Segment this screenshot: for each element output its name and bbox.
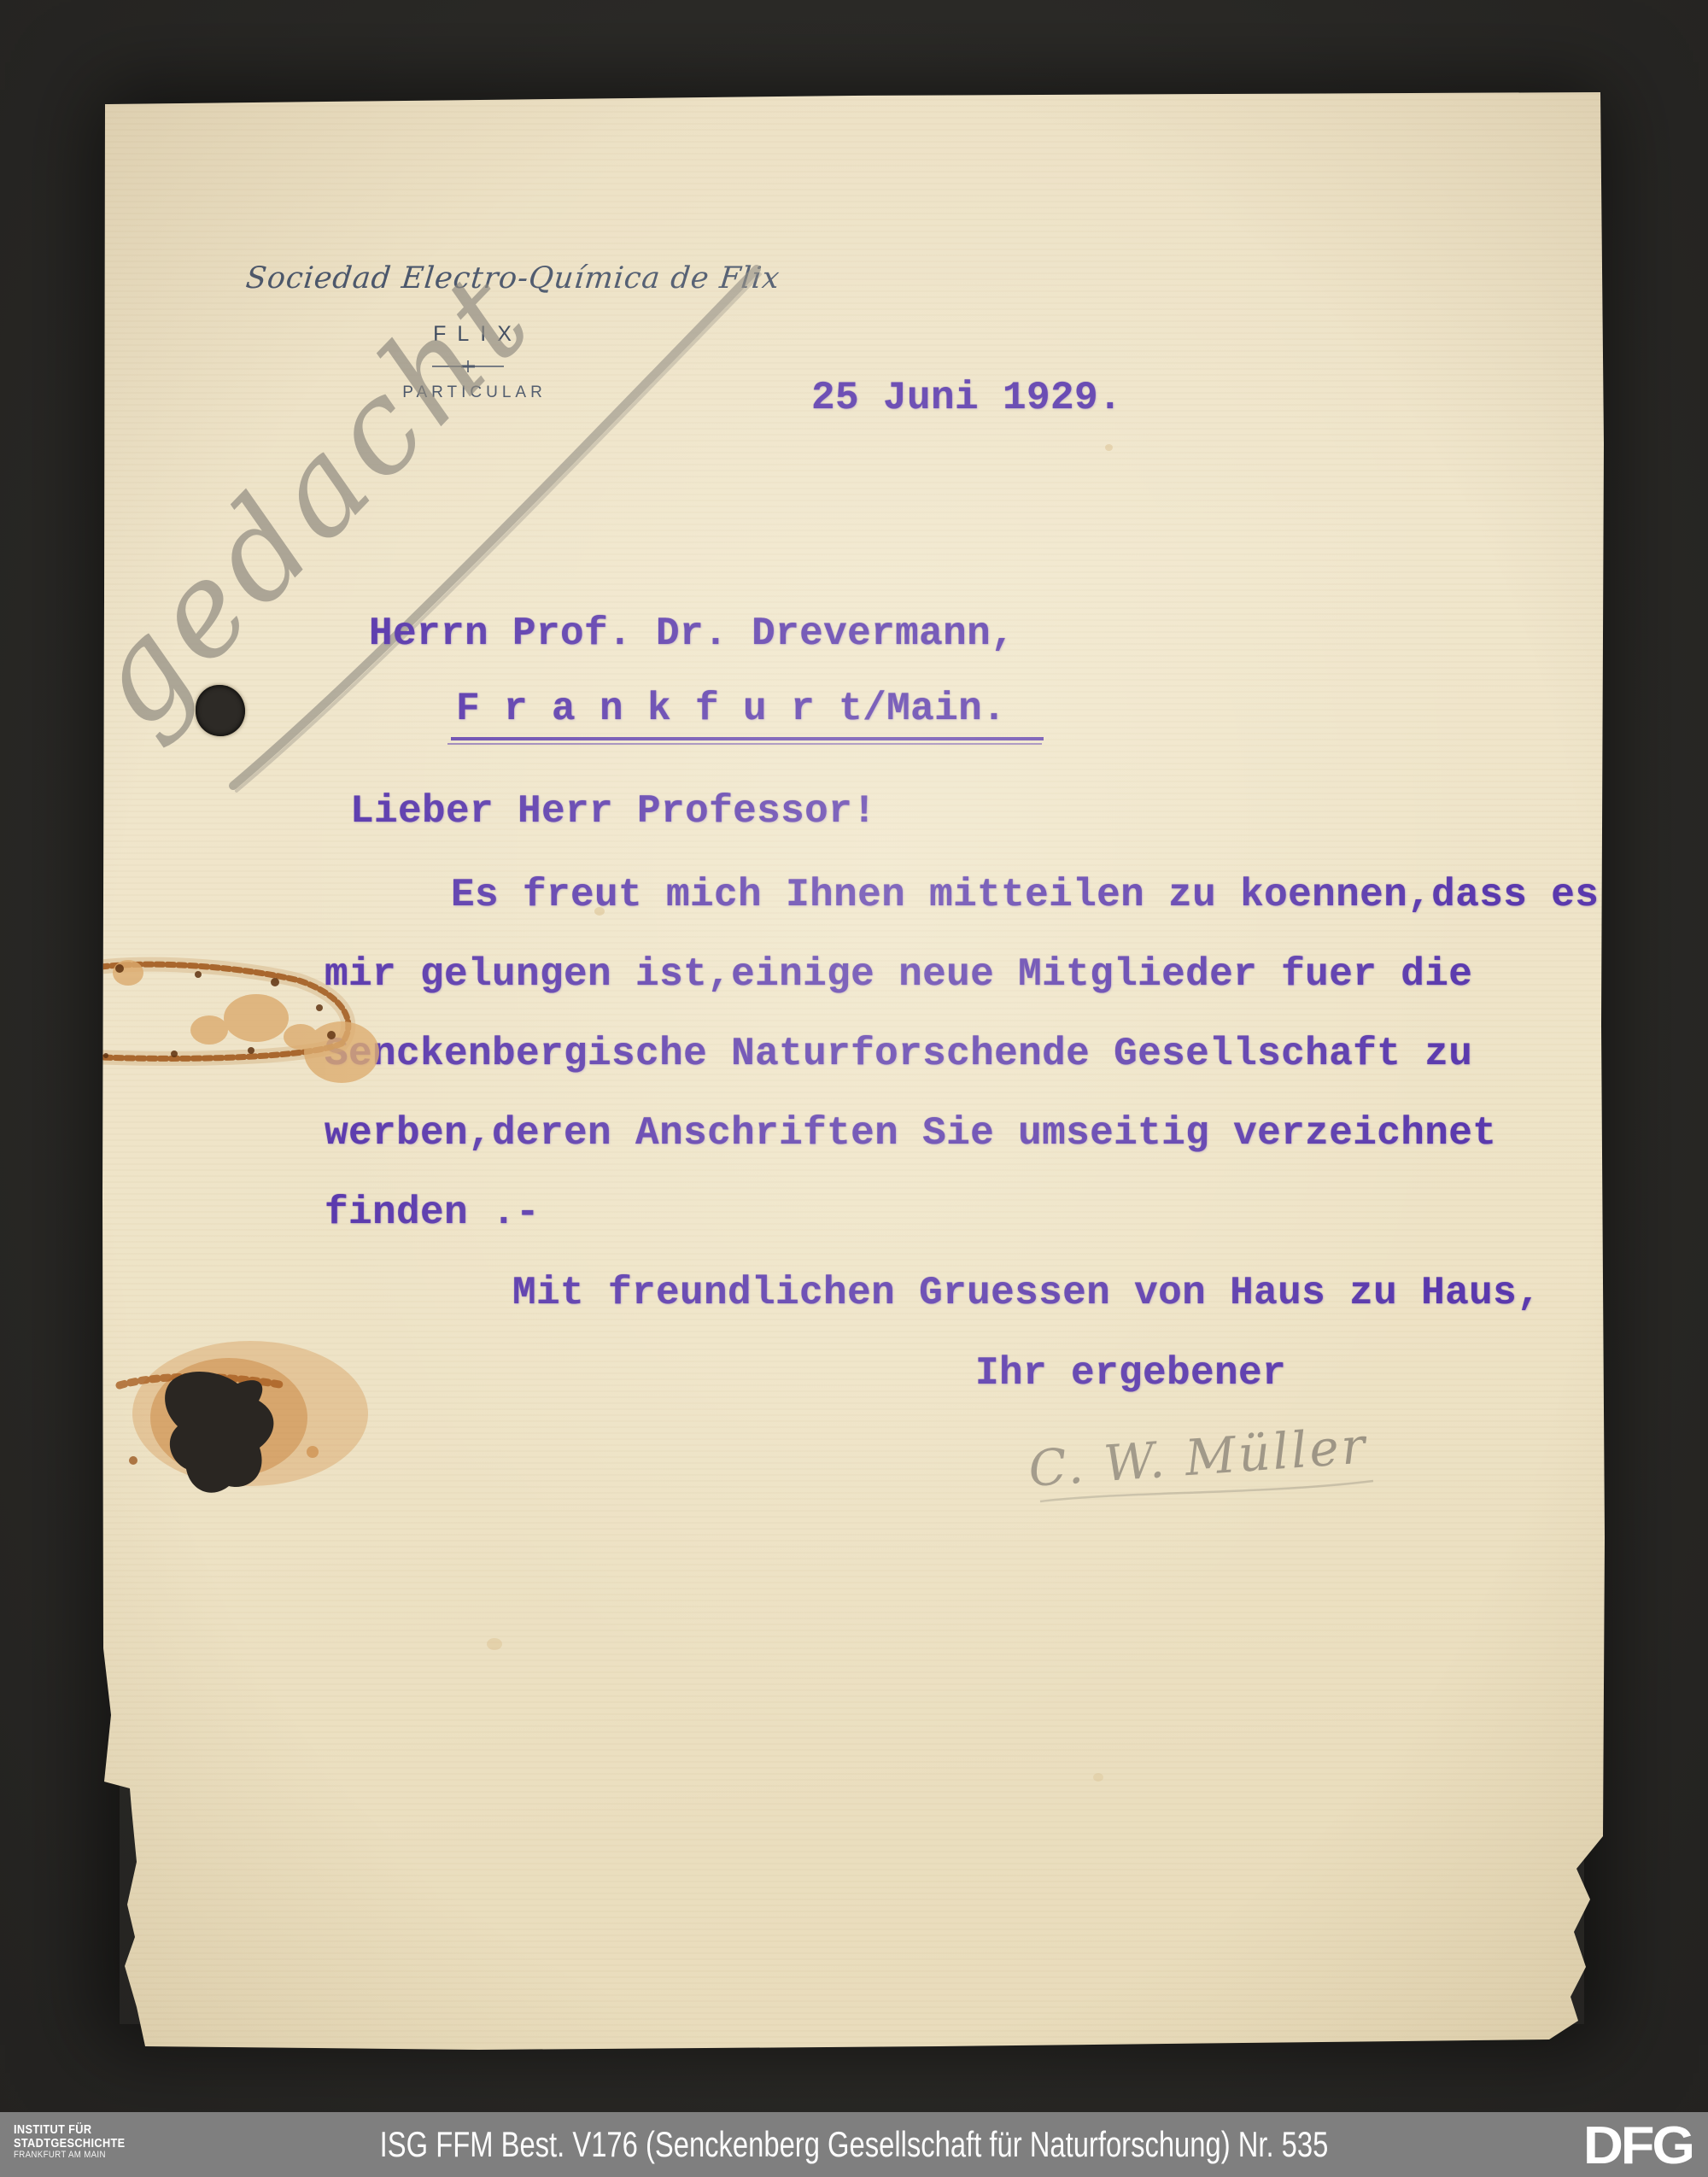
foxing-spot [1093, 1773, 1103, 1782]
letterhead-ornament-icon [432, 359, 504, 374]
letter-paper: Sociedad Electro-Química de Flix FLIX PA… [101, 85, 1606, 2050]
body-line: Senckenbergische Naturforschende Gesells… [325, 1032, 1472, 1076]
foxing-spot [1105, 444, 1113, 451]
salutation-line: Lieber Herr Professor! [350, 789, 876, 834]
burn-hole-stain [109, 1332, 391, 1546]
body-line: mir gelungen ist,einige neue Mitglieder … [325, 952, 1472, 997]
closing-line: Mit freundlichen Gruessen von Haus zu Ha… [512, 1271, 1541, 1315]
valediction-line: Ihr ergebener [975, 1351, 1286, 1396]
institute-logo: INSTITUT FÜR STADTGESCHICHTE FRANKFURT A… [14, 2124, 126, 2161]
institute-line1: INSTITUT FÜR [14, 2124, 126, 2138]
date-line: 25 Juni 1929. [811, 376, 1122, 420]
body-line: finden .- [325, 1191, 540, 1235]
letterhead-company-script: Sociedad Electro-Química de Flix [244, 261, 811, 296]
signature-text: C. W. Müller [1027, 1416, 1369, 1498]
institute-line2: STADTGESCHICHTE [14, 2138, 126, 2151]
body-line: werben,deren Anschriften Sie umseitig ve… [325, 1111, 1496, 1156]
dfg-logo: DFG [1583, 2116, 1693, 2176]
recipient-city-underlined: F r a n k f u r t/Main. [451, 687, 1044, 740]
archive-caption: ISG FFM Best. V176 (Senckenberg Gesellsc… [188, 2124, 1520, 2165]
punch-hole [196, 685, 245, 736]
letterhead-subtitle: PARTICULAR [374, 383, 570, 402]
institute-line3: FRANKFURT AM MAIN [14, 2151, 126, 2161]
signature-script: C. W. Müller [1006, 1392, 1484, 1563]
recipient-city-line: F r a n k f u r t/Main. [444, 687, 1044, 740]
recipient-name-line: Herrn Prof. Dr. Drevermann, [369, 612, 1015, 656]
foxing-spot [487, 1638, 502, 1650]
body-line: Es freut mich Ihnen mitteilen zu koennen… [325, 873, 1599, 917]
archive-scan: Sociedad Electro-Química de Flix FLIX PA… [0, 0, 1708, 2177]
letterhead-place: FLIX [383, 322, 562, 347]
archive-info-bar: INSTITUT FÜR STADTGESCHICHTE FRANKFURT A… [0, 2112, 1708, 2177]
pencil-note-text: gedacht [59, 243, 562, 756]
